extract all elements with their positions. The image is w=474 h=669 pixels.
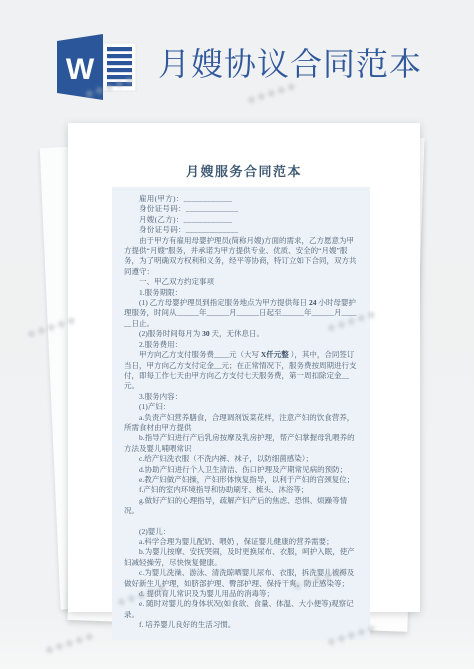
doc-line: 由于甲方有雇用母婴护理员(简称月嫂)方面的需求，乙方愿意为甲方提供“月嫂”服务，… — [124, 236, 359, 278]
document-title: 月嫂服务合同范本 — [68, 161, 420, 180]
doc-line: 月嫂(乙方)：____________ — [124, 215, 359, 225]
doc-line: d.协助产妇进行个人卫生清洁、伤口护理及产期常见病的预防； — [124, 465, 359, 475]
word-icon: W — [57, 34, 139, 100]
doc-line: 一、甲乙双方约定事项 — [124, 277, 359, 287]
doc-line: 雇用(甲方)：____________ — [124, 194, 359, 204]
doc-line: 身份证号码：_____________ — [124, 225, 359, 235]
doc-line: e. 随时对婴儿的身体状况(如食欲、食量、体温、大小便等)观察记录。 — [124, 599, 359, 620]
doc-line: 3.服务内容： — [124, 392, 359, 402]
doc-line: e.教产妇做产妇操，产妇形体恢复指导，以利于产妇的宫颈复位； — [124, 475, 359, 485]
doc-line: (2)婴儿： — [124, 527, 359, 537]
doc-line: b.为婴儿按摩、安抚哭闹，及时更换尿布、衣服，呵护入眠，使产妇减轻操劳，尽快恢复… — [124, 547, 359, 568]
document-page: 月嫂服务合同范本 雇用(甲方)：____________身份证号码：______… — [68, 123, 420, 612]
doc-line: d. 提供育儿常识及为婴儿用品的消毒等； — [124, 589, 359, 599]
doc-line: 甲方向乙方支付服务费____元（大写 X仟元整 ），其中，合同签订当日，甲方向乙… — [124, 350, 359, 392]
doc-line: f.产妇的室内环境指导和协助刷牙、梳头、沐浴等； — [124, 485, 359, 495]
doc-line: (1)产妇： — [124, 402, 359, 412]
doc-line: (1) 乙方母婴护理员到指定服务地点为甲方提供每日 24 小时母婴护理服务，时间… — [124, 298, 359, 329]
doc-line: a.科学合理为婴儿配奶、喂奶 ，保证婴儿健康的营养需要； — [124, 537, 359, 547]
doc-line: 2.服务费用： — [124, 340, 359, 350]
doc-line — [124, 517, 359, 527]
doc-body: 雇用(甲方)：____________身份证号码：_____________月嫂… — [112, 187, 370, 640]
doc-line: c.为婴儿洗澡、游泳、清洗晾晒婴儿尿布、衣服，拆洗婴儿被褥及做好新生儿护理，如脐… — [124, 568, 359, 589]
header: W 月嫂协议合同范本 — [0, 0, 474, 118]
doc-line: a.负责产妇营养膳食，合理调剂饭菜花样，注意产妇的饮食营养，所需食材由甲方提供 — [124, 413, 359, 434]
doc-line: b.指导产妇进行产后乳房按摩及乳房护理，帮产妇掌握母乳喂养的方法及婴儿哺喂常识 — [124, 433, 359, 454]
doc-line: 身份证号码：_____________ — [124, 204, 359, 214]
doc-line: 1.服务期限： — [124, 288, 359, 298]
page-title: 月嫂协议合同范本 — [158, 46, 422, 82]
doc-line: c.给产妇洗衣服（不洗内裤、袜子，以防细菌感染）； — [124, 454, 359, 464]
word-icon-letter: W — [66, 53, 95, 86]
doc-line: f. 培养婴儿良好的生活习惯。 — [124, 620, 359, 630]
watermark-smudge: ◆◆◆◆◆ — [43, 628, 97, 657]
doc-line: g.做好产妇的心理指导，疏解产妇产后的焦虑、恐惧、烦躁等情况。 — [124, 496, 359, 517]
doc-line: (2)服务时间每月为 30 天，无休息日。 — [124, 329, 359, 339]
